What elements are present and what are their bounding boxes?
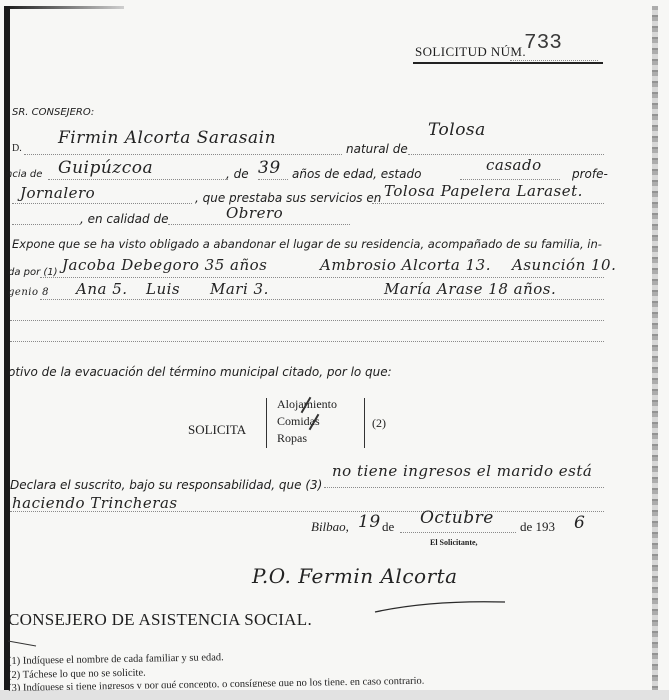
estado-value: casado <box>486 156 542 174</box>
capacity-label: , en calidad de <box>80 212 168 226</box>
header-rule <box>413 62 603 64</box>
family-member: Ana 5. <box>76 280 128 298</box>
served-in-label: , que prestaba sus servicios en <box>195 191 381 205</box>
number-dotted-line <box>510 60 598 61</box>
profession-dotted-line <box>12 203 192 204</box>
footnote: (2) Táchese lo que no se solicite. <box>8 668 146 681</box>
page-edge-top <box>4 6 124 9</box>
solicita-label: SOLICITA <box>188 422 246 438</box>
scanned-form: SOLICITUD NÚM. 733 SR. CONSEJERO: D. Fir… <box>0 0 669 700</box>
served-in-dotted-line <box>372 203 604 204</box>
family-line2-prefix: genio 8 <box>8 287 49 298</box>
year-prefix: de 193 <box>520 519 555 535</box>
age-label-prefix: , de <box>226 167 249 181</box>
declara-value-line1: no tiene ingresos el marido está <box>332 462 592 480</box>
natural-de-value: Tolosa <box>428 120 486 140</box>
age-label-suffix: años de edad, estado <box>292 167 421 181</box>
solicitante-label: El Solicitante, <box>430 538 478 547</box>
family-dotted-line-1 <box>40 277 604 278</box>
solicita-note: (2) <box>372 416 386 431</box>
capacity-pre-dotted-line <box>12 224 80 225</box>
footnote-mark: (3) <box>8 683 20 691</box>
salutation: SR. CONSEJERO: <box>12 107 94 118</box>
place: Bilbao, <box>311 519 349 535</box>
month: Octubre <box>420 508 494 528</box>
signature-flourish <box>370 596 510 616</box>
short-rule <box>8 640 38 648</box>
capacity-value: Obrero <box>226 204 283 222</box>
profession-value: Jornalero <box>20 184 95 202</box>
right-brace <box>360 398 365 448</box>
request-number-value: 733 <box>524 32 562 55</box>
family-member: Mari 3. <box>210 280 269 298</box>
family-member: Ambrosio Alcorta 13. <box>320 256 491 274</box>
estado-dotted-line <box>460 179 560 180</box>
request-number-label: SOLICITUD NÚM. <box>415 44 526 60</box>
provincia-value: Guipúzcoa <box>58 158 153 178</box>
page-edge-bottom <box>0 690 669 700</box>
month-dotted-line <box>400 532 516 533</box>
applicant-name: Firmin Alcorta Sarasain <box>58 128 276 148</box>
council-title: CONSEJERO DE ASISTENCIA SOCIAL. <box>8 610 312 630</box>
footnote-mark: (1) <box>8 656 20 667</box>
page-edge-left <box>4 6 10 696</box>
footnote-text: Indíquese el nombre de cada familiar y s… <box>23 652 224 667</box>
year-suffix: 6 <box>574 513 585 533</box>
motivo-text: otivo de la evacuación del término munic… <box>8 365 392 379</box>
age-dotted-line <box>258 179 288 180</box>
declara-value-line2: haciendo Trincheras <box>12 494 178 512</box>
family-dotted-line-4 <box>10 341 604 342</box>
province-dotted-line <box>48 179 228 180</box>
capacity-dotted-line <box>168 224 350 225</box>
expone-text: Expone que se ha visto obligado a abando… <box>12 237 602 251</box>
age-value: 39 <box>258 158 281 178</box>
served-in-value: Tolosa Papelera Laraset. <box>384 182 583 200</box>
family-dotted-line-2 <box>40 299 604 300</box>
footnote-text: Táchese lo que no se solicite. <box>23 668 146 681</box>
family-member: Asunción 10. <box>512 256 616 274</box>
name-dotted-line <box>24 154 342 155</box>
prefix-d: D. <box>12 143 22 154</box>
declara-text: Declara el suscrito, bajo su responsabil… <box>10 478 322 492</box>
family-dotted-line-3 <box>10 320 604 321</box>
day: 19 <box>358 512 381 532</box>
profession-label: profe- <box>572 167 608 181</box>
footnote: (1) Indíquese el nombre de cada familiar… <box>8 652 224 667</box>
natural-de-label: natural de <box>346 142 408 156</box>
provincia-label: ncia de <box>6 169 42 180</box>
family-member: María Arase 18 años. <box>384 280 556 298</box>
signature: P.O. Fermin Alcorta <box>252 564 458 588</box>
declara-dotted-line-1 <box>324 487 604 488</box>
natural-dotted-line <box>408 154 604 155</box>
footnote-mark: (2) <box>8 670 20 681</box>
date-de: de <box>382 519 394 535</box>
family-member: Jacoba Debegoro 35 años <box>62 256 267 274</box>
left-brace <box>266 398 271 448</box>
solicita-option: Ropas <box>277 431 307 446</box>
family-member: Luis <box>146 280 180 298</box>
page-edge-right <box>652 6 658 696</box>
